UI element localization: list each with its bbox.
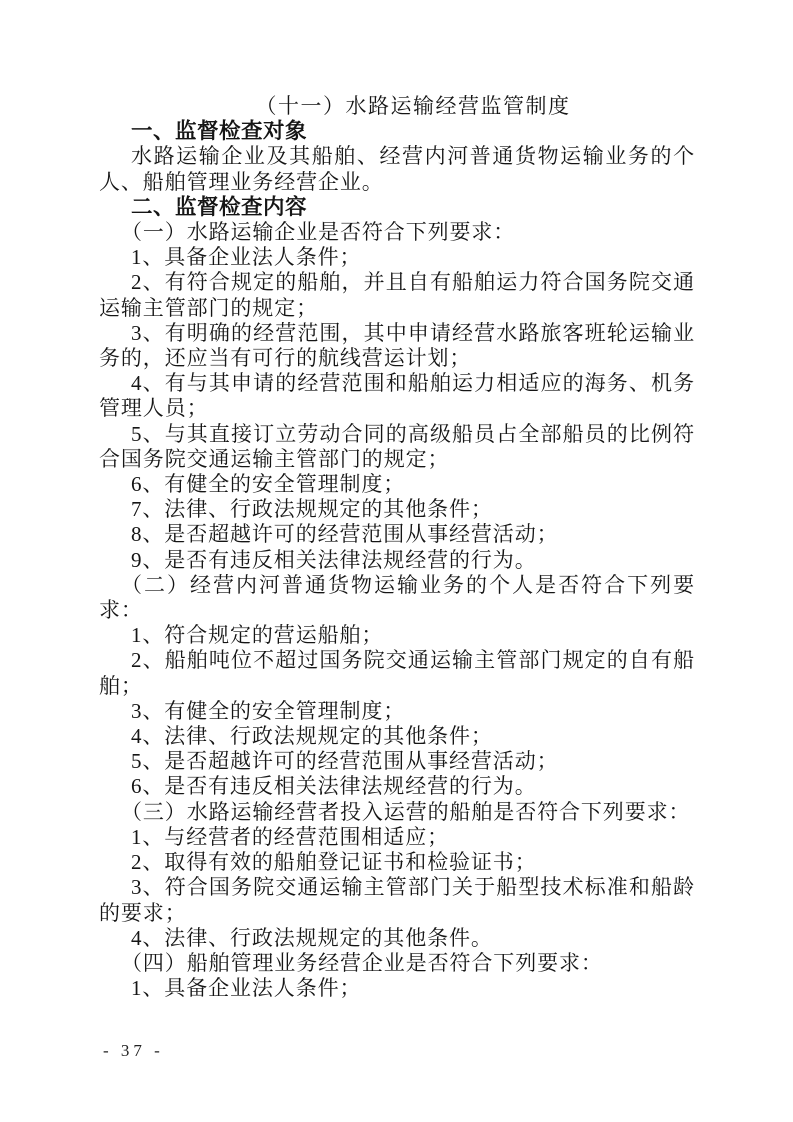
paragraph: （四）船舶管理业务经营企业是否符合下列要求：	[99, 951, 695, 976]
paragraph: 1、具备企业法人条件；	[99, 976, 695, 1001]
paragraph: （三）水路运输经营者投入运营的船舶是否符合下列要求：	[99, 800, 695, 825]
paragraph: （二）经营内河普通货物运输业务的个人是否符合下列要求：	[99, 573, 695, 623]
section-heading: 二、监督检查内容	[99, 195, 695, 220]
document-body: 一、监督检查对象水路运输企业及其船舶、经营内河普通货物运输业务的个人、船舶管理业…	[99, 119, 695, 1001]
paragraph: 8、是否超越许可的经营范围从事经营活动；	[99, 522, 695, 547]
paragraph: 2、船舶吨位不超过国务院交通运输主管部门规定的自有船舶；	[99, 648, 695, 698]
paragraph: 1、具备企业法人条件；	[99, 245, 695, 270]
paragraph: 6、是否有违反相关法律法规经营的行为。	[99, 774, 695, 799]
paragraph: 1、与经营者的经营范围相适应；	[99, 825, 695, 850]
paragraph: 4、有与其申请的经营范围和船舶运力相适应的海务、机务管理人员；	[99, 371, 695, 421]
section-heading: 一、监督检查对象	[99, 119, 695, 144]
page-number: - 37 -	[103, 1041, 164, 1061]
paragraph: 4、法律、行政法规规定的其他条件；	[99, 724, 695, 749]
paragraph: 6、有健全的安全管理制度；	[99, 472, 695, 497]
paragraph: 5、是否超越许可的经营范围从事经营活动；	[99, 749, 695, 774]
paragraph: 9、是否有违反相关法律法规经营的行为。	[99, 548, 695, 573]
document-content: （十一）水路运输经营监管制度 一、监督检查对象水路运输企业及其船舶、经营内河普通…	[99, 94, 695, 1001]
paragraph: 3、有明确的经营范围，其中申请经营水路旅客班轮运输业务的，还应当有可行的航线营运…	[99, 321, 695, 371]
paragraph: 3、符合国务院交通运输主管部门关于船型技术标准和船龄的要求；	[99, 875, 695, 925]
paragraph: 3、有健全的安全管理制度；	[99, 699, 695, 724]
paragraph: 4、法律、行政法规规定的其他条件。	[99, 926, 695, 951]
paragraph: （一）水路运输企业是否符合下列要求：	[99, 220, 695, 245]
paragraph: 水路运输企业及其船舶、经营内河普通货物运输业务的个人、船舶管理业务经营企业。	[99, 144, 695, 194]
paragraph: 2、有符合规定的船舶，并且自有船舶运力符合国务院交通运输主管部门的规定；	[99, 270, 695, 320]
paragraph: 5、与其直接订立劳动合同的高级船员占全部船员的比例符合国务院交通运输主管部门的规…	[99, 422, 695, 472]
paragraph: 2、取得有效的船舶登记证书和检验证书；	[99, 850, 695, 875]
document-title: （十一）水路运输经营监管制度	[99, 94, 695, 119]
document-page: （十一）水路运输经营监管制度 一、监督检查对象水路运输企业及其船舶、经营内河普通…	[0, 0, 793, 1122]
paragraph: 1、符合规定的营运船舶；	[99, 623, 695, 648]
paragraph: 7、法律、行政法规规定的其他条件；	[99, 497, 695, 522]
